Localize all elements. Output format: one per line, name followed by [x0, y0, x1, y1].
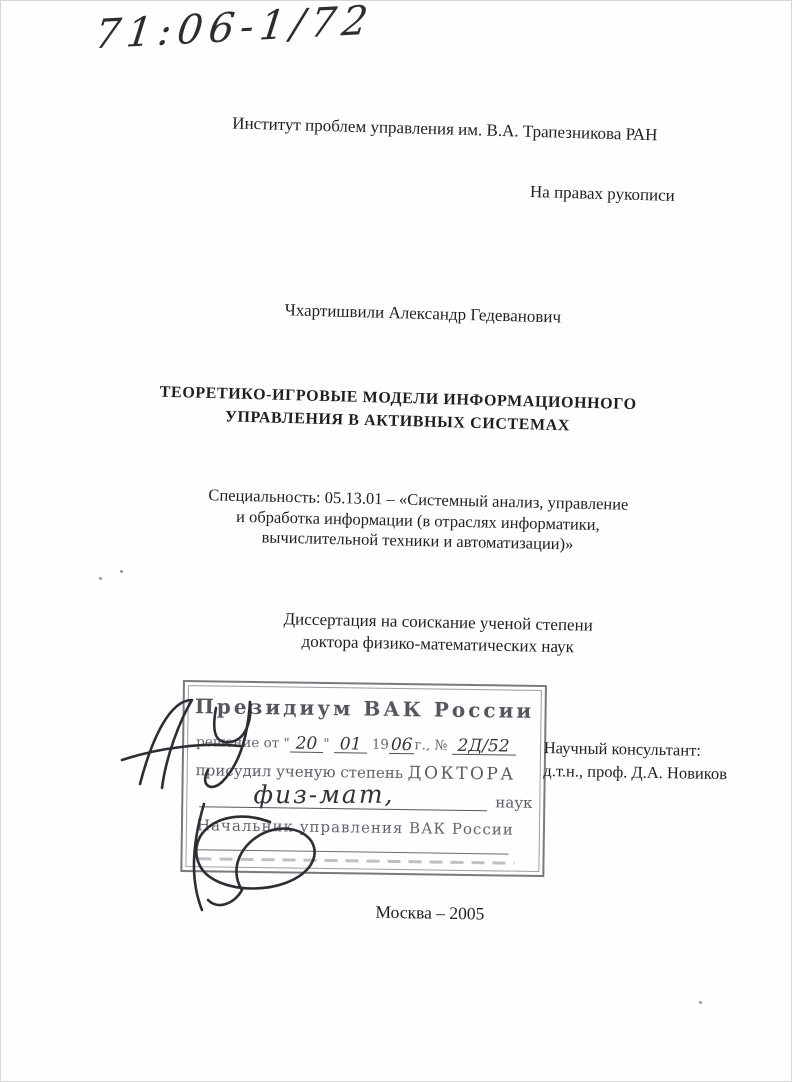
stamp-header: Президиум ВАК России: [188, 694, 540, 723]
institute-line: Институт проблем управления им. В.А. Тра…: [180, 112, 710, 147]
stamp-decision-suffix: г., №: [414, 737, 447, 753]
stamp-decision-line: решение от "20" 01 1906г., № 2Д/52: [196, 734, 516, 754]
city-year-line: Москва – 2005: [167, 898, 693, 928]
scan-speck: [699, 1001, 702, 1004]
degree-statement: Диссертация на соискание ученой степени …: [175, 606, 702, 661]
stamp-decision-prefix: решение от ": [196, 734, 290, 751]
dissertation-title: ТЕОРЕТИКО-ИГРОВЫЕ МОДЕЛИ ИНФОРМАЦИОННОГО…: [134, 380, 661, 440]
stamp-fine-print-line: [198, 857, 514, 864]
stamp-signature-line: [197, 849, 509, 854]
stamp-decision-day-handwriting: 20: [290, 736, 324, 752]
stamp-inner-border: Президиум ВАК России решение от "20" 01 …: [185, 685, 542, 872]
stamp-decision-month-handwriting: 01: [334, 737, 368, 753]
scan-speck: [99, 577, 102, 580]
specialty-block: Специальность: 05.13.01 – «Системный ана…: [154, 484, 681, 557]
stamp-degree: ДОКТОРА: [408, 763, 516, 785]
author-name: Чхартишвили Александр Гедеванович: [160, 297, 686, 331]
stamp-decision-number-handwriting: 2Д/52: [451, 739, 515, 756]
consultant-name: д.т.н., проф. Д.А. Новиков: [543, 759, 727, 785]
vak-presidium-stamp: Президиум ВАК России решение от "20" 01 …: [180, 680, 547, 877]
manuscript-note: На правах рукописи: [530, 182, 675, 206]
inventory-number-handwriting: 71:06-1/72: [92, 0, 437, 58]
consultant-label: Научный консультант:: [544, 736, 728, 762]
stamp-decision-year-printed: 19: [367, 737, 389, 753]
stamp-official-title: Начальник управления ВАК России: [197, 816, 514, 838]
stamp-field-handwriting: физ-мат,: [253, 780, 394, 809]
stamp-decision-quote: ": [323, 736, 329, 752]
scan-speck: [120, 570, 123, 573]
dissertation-title-page: 71:06-1/72 Институт проблем управления и…: [0, 0, 792, 1082]
stamp-field-suffix: наук: [495, 793, 532, 812]
scientific-consultant-block: Научный консультант: д.т.н., проф. Д.А. …: [543, 736, 727, 785]
stamp-decision-year-handwriting: 06: [389, 738, 415, 754]
